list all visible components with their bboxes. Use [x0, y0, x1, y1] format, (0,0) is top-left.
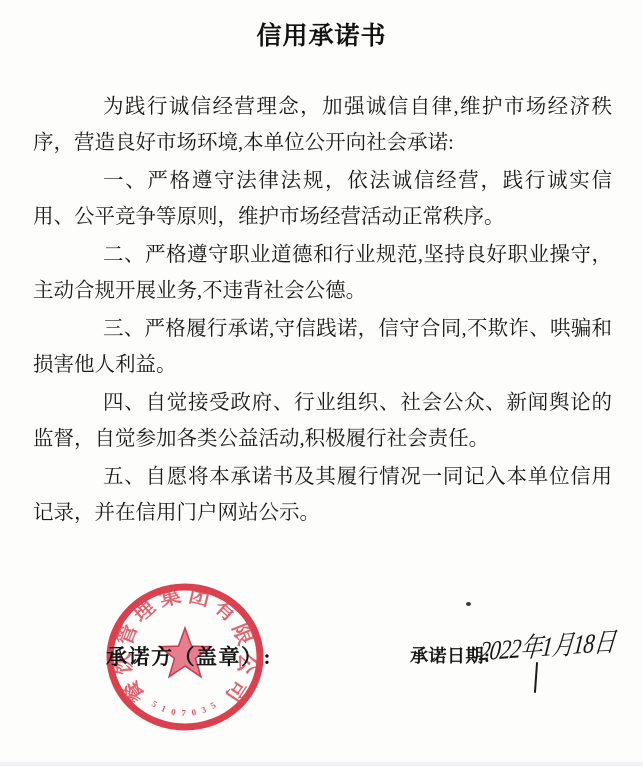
party-seal-label: 承诺方（盖章）: [106, 641, 272, 671]
pen-stroke-mark [534, 662, 538, 693]
clause-3: 三、严格履行承诺,守信践诺，信守合同,不欺诈、哄骗和损害他人利益。 [33, 312, 612, 383]
clause-4: 四、自觉接受政府、行业组织、社会公众、新闻舆论的监督，自觉参加各类公益活动,积极… [33, 386, 612, 457]
clause-2: 二、严格遵守职业道德和行业规范,坚持良好职业操守，主动合规开展业务,不违背社会公… [33, 238, 612, 309]
intro-paragraph: 为践行诚信经营理念，加强诚信自律,维护市场经济秩序，营造良好市场环境,本单位公开… [33, 90, 612, 161]
page-edge-shadow [0, 762, 643, 766]
handwritten-date: 2022年1月18日 [478, 620, 618, 669]
clause-5: 五、自愿将本承诺书及其履行情况一同记入本单位信用记录，并在信用门户网站公示。 [33, 460, 612, 531]
ink-dot-mark [466, 602, 471, 606]
document-page: 信用承诺书 为践行诚信经营理念，加强诚信自律,维护市场经济秩序，营造良好市场环境… [0, 0, 643, 766]
page-title: 信用承诺书 [0, 0, 643, 52]
document-body: 为践行诚信经营理念，加强诚信自律,维护市场经济秩序，营造良好市场环境,本单位公开… [33, 90, 612, 534]
clause-1: 一、严格遵守法律法规，依法诚信经营，践行诚实信用、公平竞争等原则，维护市场经营活… [33, 164, 612, 235]
